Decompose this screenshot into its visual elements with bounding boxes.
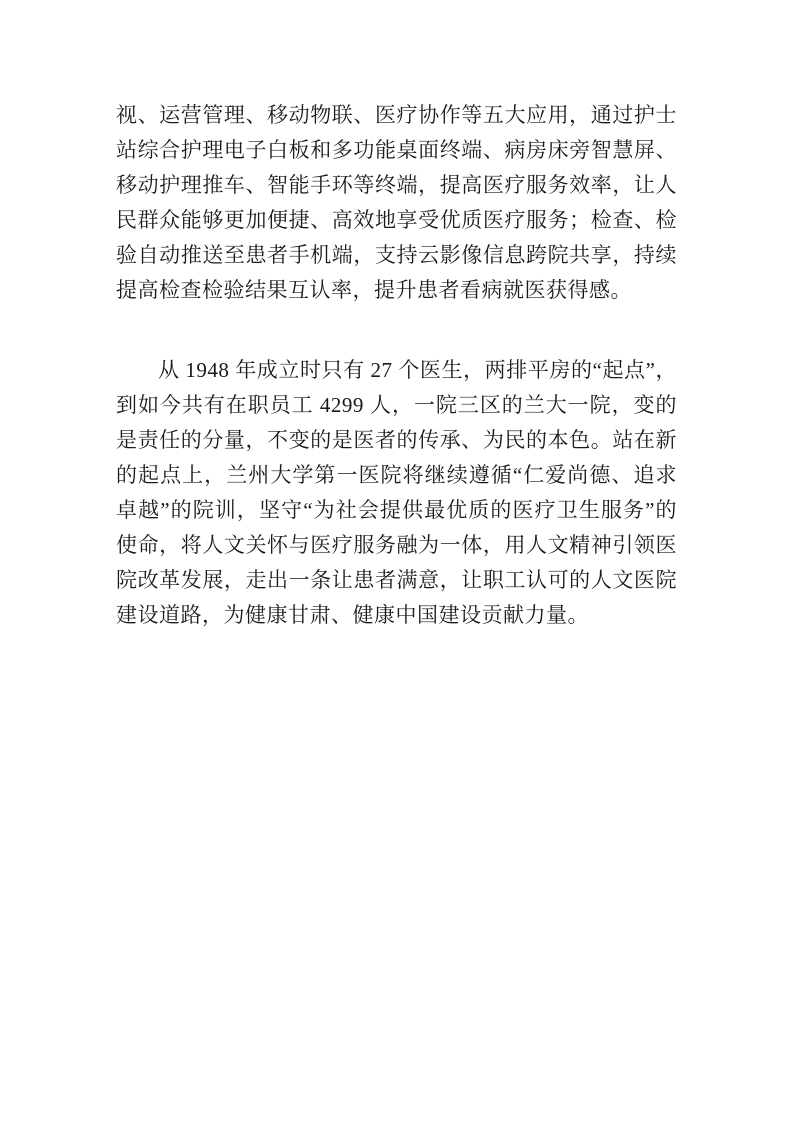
document-body: 视、运营管理、移动物联、医疗协作等五大应用，通过护士站综合护理电子白板和多功能桌… bbox=[116, 98, 677, 633]
paragraph-continuation: 视、运营管理、移动物联、医疗协作等五大应用，通过护士站综合护理电子白板和多功能桌… bbox=[116, 98, 677, 308]
document-page: 视、运营管理、移动物联、医疗协作等五大应用，通过护士站综合护理电子白板和多功能桌… bbox=[0, 0, 793, 1122]
paragraph-history: 从 1948 年成立时只有 27 个医生，两排平房的“起点”，到如今共有在职员工… bbox=[116, 353, 677, 633]
